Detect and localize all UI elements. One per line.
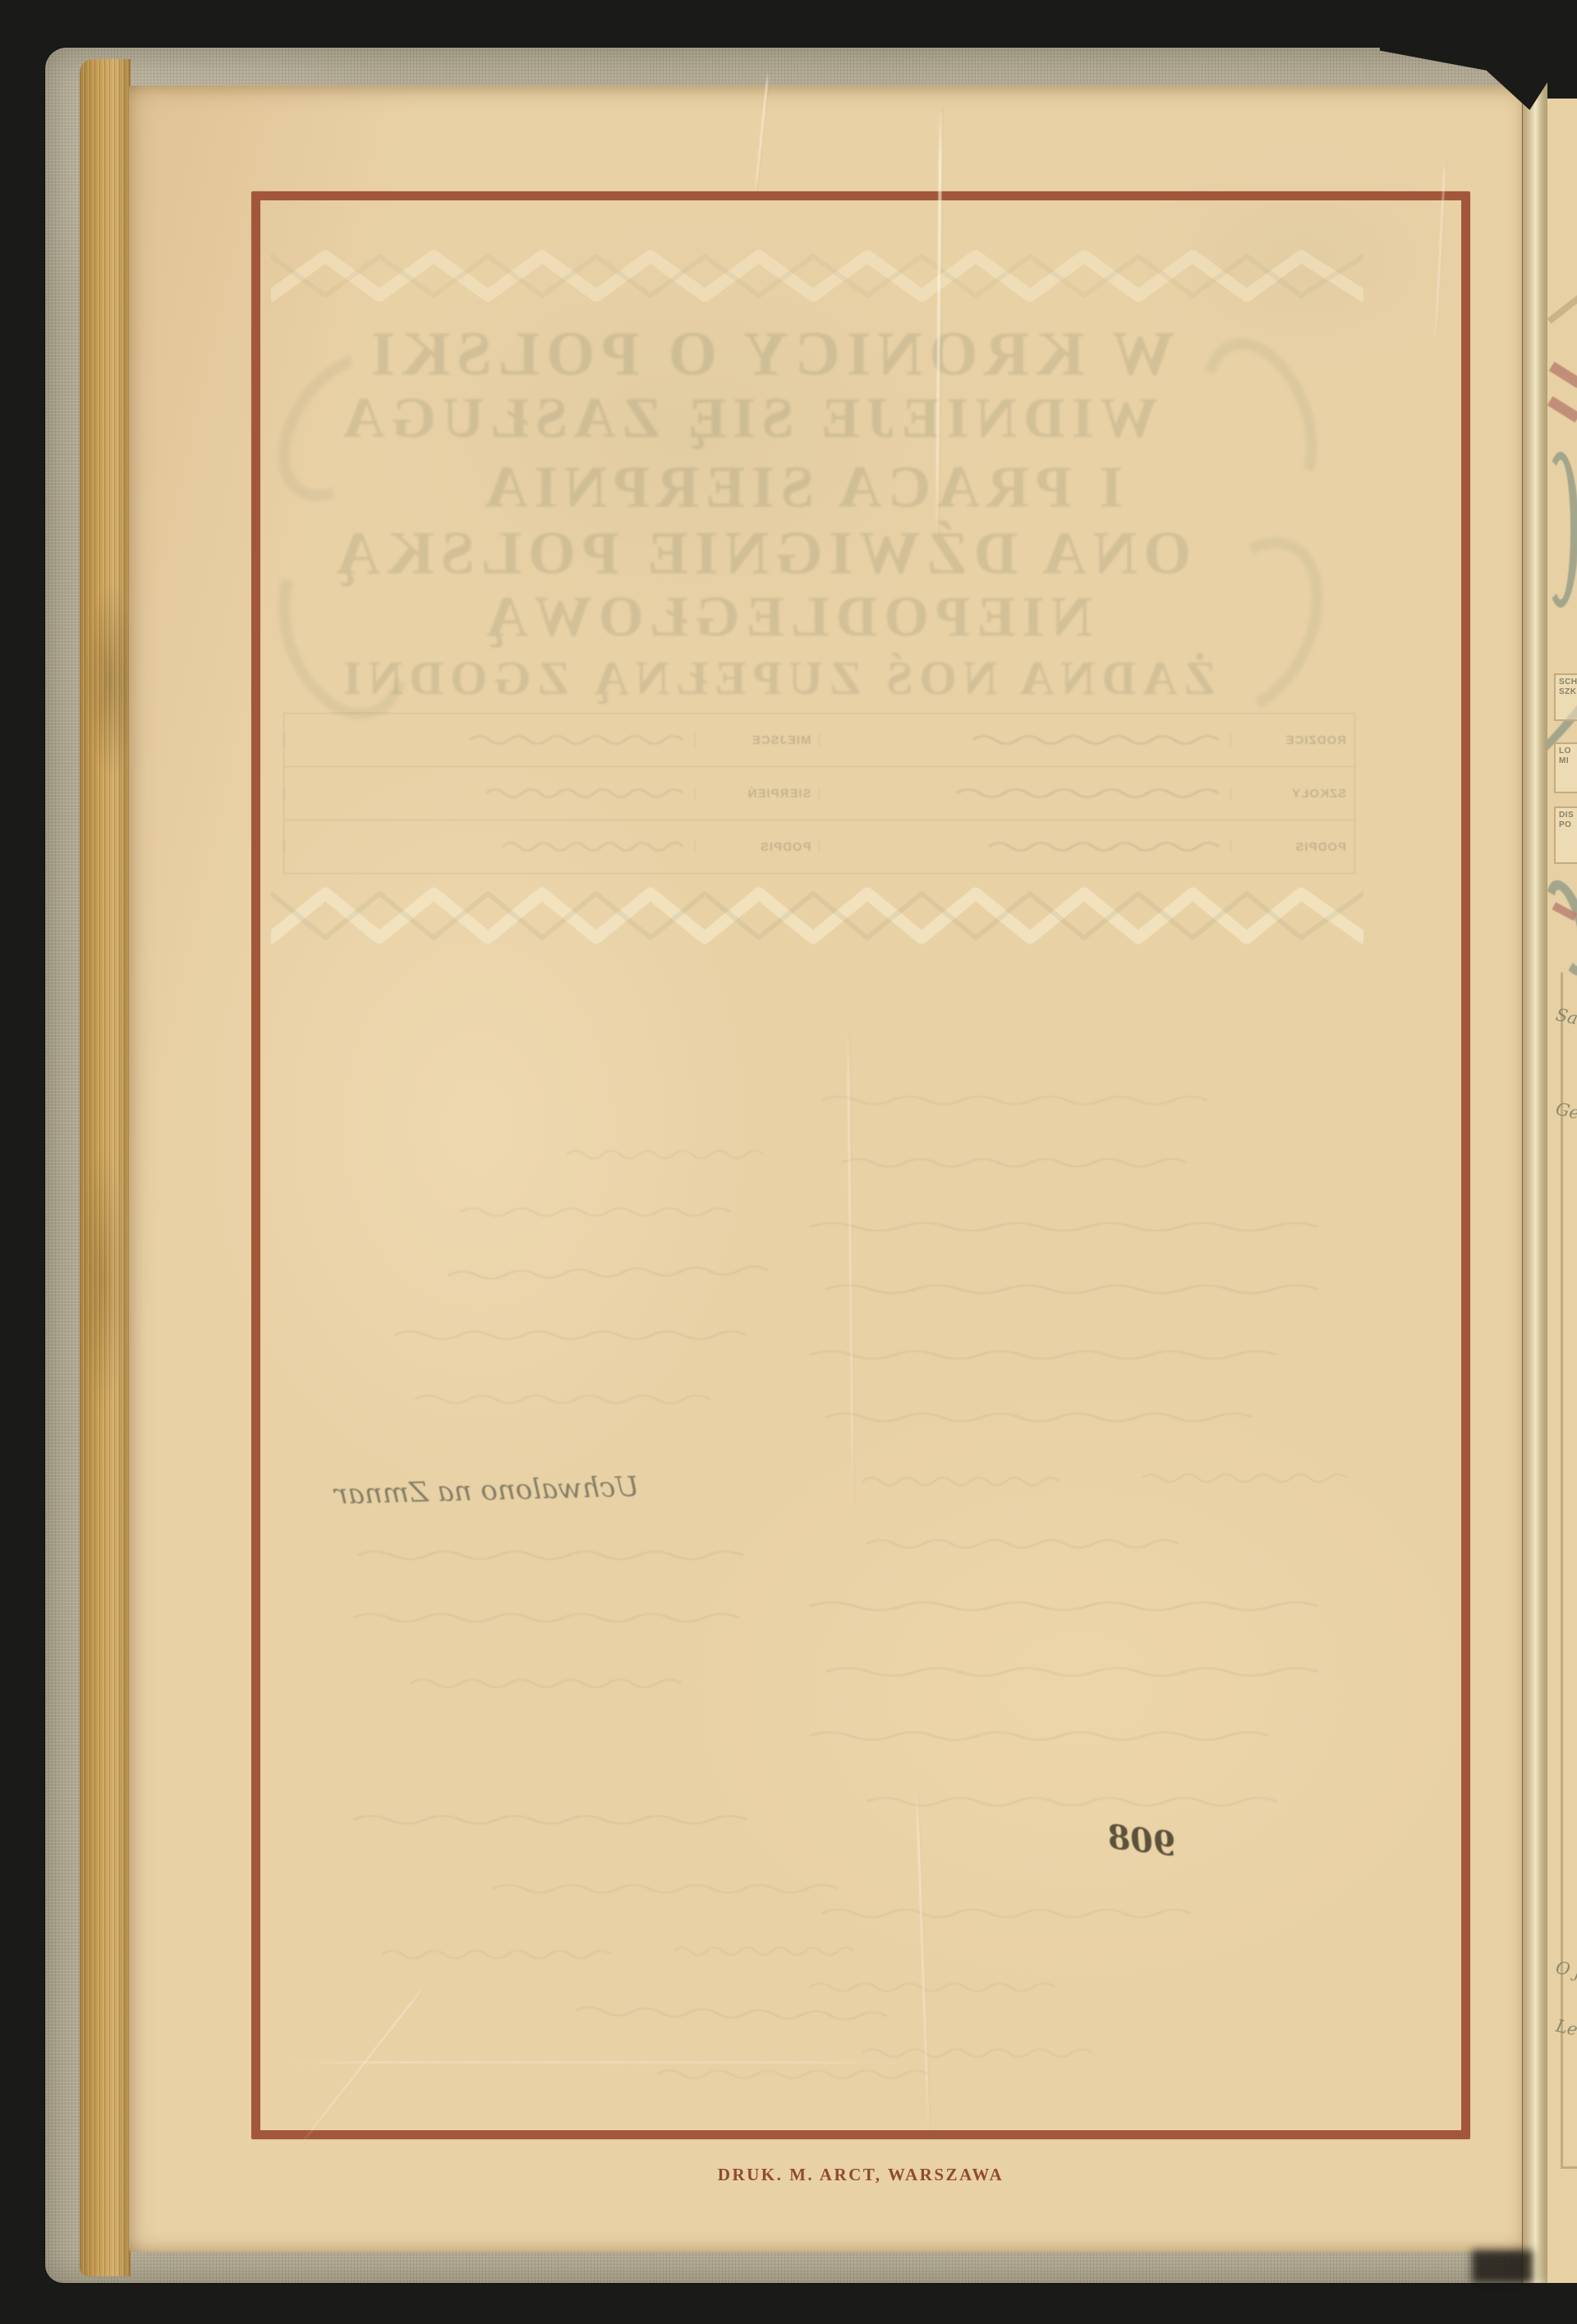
binding-shadow [1472,2250,1533,2283]
form-rule-vertical [1561,972,1563,2166]
next-page-form-box: SCH SZK [1554,673,1577,721]
partial-label: SCH [1559,677,1577,687]
tan-frame-diagonal [1547,291,1577,324]
paper-crease [283,2061,908,2064]
next-page-form-box: DIS PO [1554,806,1577,864]
red-ornament-stroke [1547,396,1577,422]
red-ornament-stroke [1549,361,1577,388]
partial-label: MI [1559,756,1577,766]
partial-label: LO [1559,746,1577,756]
red-rule-frame [251,191,1470,2139]
next-page-handwriting: Salo [1554,1004,1577,1031]
page-edge-gloss [1522,39,1547,2283]
next-page-handwriting: Leon [1554,2016,1577,2044]
partial-label: PO [1559,820,1577,830]
partial-label: SZK [1559,687,1577,697]
next-page-handwriting: O ja [1554,1958,1577,1984]
green-script-ornament [1547,875,1577,981]
next-page-form-box: LO MI [1554,742,1577,793]
form-rule-corner [1561,2166,1577,2169]
green-script-ornament [1547,452,1577,608]
book-scan: W KRONICY O POLSKI WIDNIEJE SIĘ ZASŁUGA … [0,0,1577,2324]
printer-imprint: DRUK. M. ARCT, WARSZAWA [251,2165,1470,2185]
next-page-sliver: SCH SZK LO MI DIS PO Salo Ger O ja Leon [1547,99,1577,2283]
partial-label: DIS [1559,811,1577,820]
page-fore-edge [80,59,131,2276]
next-page-handwriting: Ger [1554,1099,1577,1125]
